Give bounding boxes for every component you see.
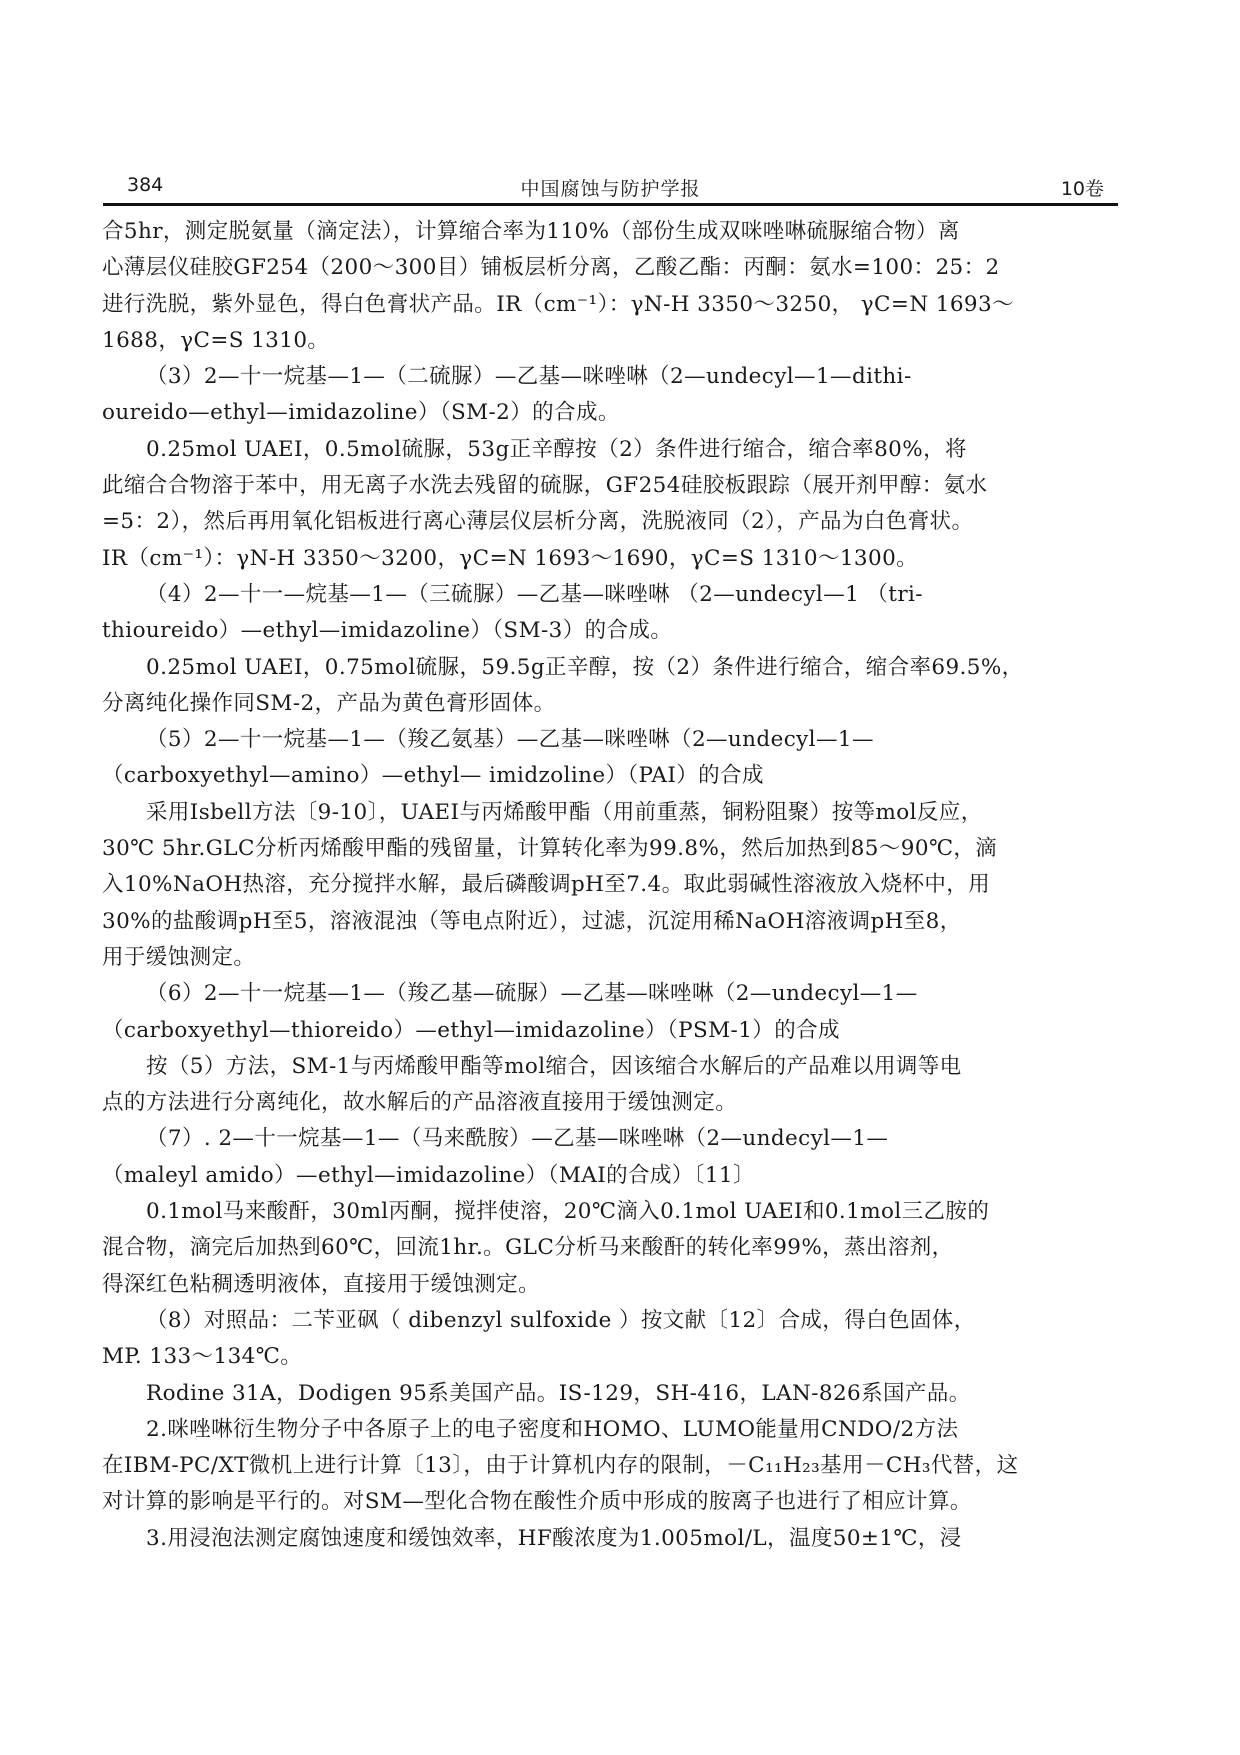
text-line: （carboxyethyl—amino）—ethyl— imidzoline）（…	[102, 758, 1118, 794]
text-line: Rodine 31A，Dodigen 95系美国产品。IS-129，SH-416…	[102, 1376, 1118, 1412]
text-line: 心薄层仪硅胶GF254（200～300目）铺板层析分离，乙酸乙酯：丙酮：氨水=1…	[102, 250, 1118, 286]
text-line: （carboxyethyl—thioreido）—ethyl—imidazoli…	[102, 1013, 1118, 1049]
text-line: oureido—ethyl—imidazoline）（SM-2）的合成。	[102, 395, 1118, 431]
text-line: （6）2—十一烷基—1—（羧乙基—硫脲）—乙基—咪唑啉（2—undecyl—1—	[102, 976, 1118, 1012]
text-line: 混合物，滴完后加热到60℃，回流1hr.。GLC分析马来酸酐的转化率99%，蒸出…	[102, 1230, 1118, 1266]
text-line: 采用Isbell方法〔9-10〕，UAEI与丙烯酸甲酯（用前重蒸，铜粉阻聚）按等…	[102, 795, 1118, 831]
text-line: （8）对照品：二苄亚砜（ dibenzyl sulfoxide ）按文献〔12〕…	[102, 1303, 1118, 1339]
text-line: IR（cm⁻¹）：γN-H 3350～3200，γC=N 1693～1690，γ…	[102, 541, 1118, 577]
text-line: 3.用浸泡法测定腐蚀速度和缓蚀效率，HF酸浓度为1.005mol/L，温度50±…	[102, 1521, 1118, 1557]
text-line: MP. 133～134℃。	[102, 1339, 1118, 1375]
text-line: 1688，γC=S 1310。	[102, 323, 1118, 359]
text-line: 按（5）方法，SM-1与丙烯酸甲酯等mol缩合，因该缩合水解后的产品难以用调等电	[102, 1049, 1118, 1085]
body-text: 合5hr，测定脱氨量（滴定法），计算缩合率为110%（部份生成双咪唑啉硫脲缩合物…	[102, 214, 1118, 1557]
text-line: =5：2），然后再用氧化铝板进行离心薄层仪层析分离，洗脱液同（2），产品为白色膏…	[102, 504, 1118, 540]
text-line: 点的方法进行分离纯化，故水解后的产品溶液直接用于缓蚀测定。	[102, 1085, 1118, 1121]
text-line: （4）2—十一—烷基—1—（三硫脲）—乙基—咪唑啉 （2—undecyl—1 （…	[102, 577, 1118, 613]
text-line: （maleyl amido）—ethyl—imidazoline）（MAI的合成…	[102, 1158, 1118, 1194]
text-line: 0.25mol UAEI，0.5mol硫脲，53g正辛醇按（2）条件进行缩合，缩…	[102, 432, 1118, 468]
text-line: 在IBM-PC/XT微机上进行计算〔13〕，由于计算机内存的限制，－C₁₁H₂₃…	[102, 1448, 1118, 1484]
text-line: 此缩合合物溶于苯中，用无离子水洗去残留的硫脲，GF254硅胶板跟踪（展开剂甲醇：…	[102, 468, 1118, 504]
text-line: 2.咪唑啉衍生物分子中各原子上的电子密度和HOMO、LUMO能量用CNDO/2方…	[102, 1412, 1118, 1448]
text-line: 对计算的影响是平行的。对SM—型化合物在酸性介质中形成的胺离子也进行了相应计算。	[102, 1484, 1118, 1520]
text-line: 0.25mol UAEI，0.75mol硫脲，59.5g正辛醇，按（2）条件进行…	[102, 650, 1118, 686]
header-rule	[103, 203, 1118, 206]
text-line: 进行洗脱，紫外显色，得白色膏状产品。IR（cm⁻¹）：γN-H 3350～325…	[102, 287, 1118, 323]
document-page: 384 中国腐蚀与防护学报 10卷 合5hr，测定脱氨量（滴定法），计算缩合率为…	[0, 0, 1240, 1755]
text-line: 合5hr，测定脱氨量（滴定法），计算缩合率为110%（部份生成双咪唑啉硫脲缩合物…	[102, 214, 1118, 250]
text-line: 30%的盐酸调pH至5，溶液混浊（等电点附近），过滤，沉淀用稀NaOH溶液调pH…	[102, 904, 1118, 940]
text-line: 入10%NaOH热溶，充分搅拌水解，最后磷酸调pH至7.4。取此弱碱性溶液放入烧…	[102, 867, 1118, 903]
text-line: （5）2—十一烷基—1—（羧乙氨基）—乙基—咪唑啉（2—undecyl—1—	[102, 722, 1118, 758]
text-line: 得深红色粘稠透明液体，直接用于缓蚀测定。	[102, 1267, 1118, 1303]
running-header: 384 中国腐蚀与防护学报 10卷	[103, 174, 1118, 204]
journal-title: 中国腐蚀与防护学报	[103, 174, 1118, 201]
text-line: （7）. 2—十一烷基—1—（马来酰胺）—乙基—咪唑啉（2—undecyl—1—	[102, 1121, 1118, 1157]
text-line: 用于缓蚀测定。	[102, 940, 1118, 976]
text-line: thioureido）—ethyl—imidazoline）（SM-3）的合成。	[102, 613, 1118, 649]
text-line: 0.1mol马来酸酐，30ml丙酮，搅拌使溶，20℃滴入0.1mol UAEI和…	[102, 1194, 1118, 1230]
text-line: 分离纯化操作同SM-2，产品为黄色膏形固体。	[102, 686, 1118, 722]
text-line: （3）2—十一烷基—1—（二硫脲）—乙基—咪唑啉（2—undecyl—1—dit…	[102, 359, 1118, 395]
text-line: 30℃ 5hr.GLC分析丙烯酸甲酯的残留量，计算转化率为99.8%，然后加热到…	[102, 831, 1118, 867]
volume-label: 10卷	[1061, 174, 1104, 201]
